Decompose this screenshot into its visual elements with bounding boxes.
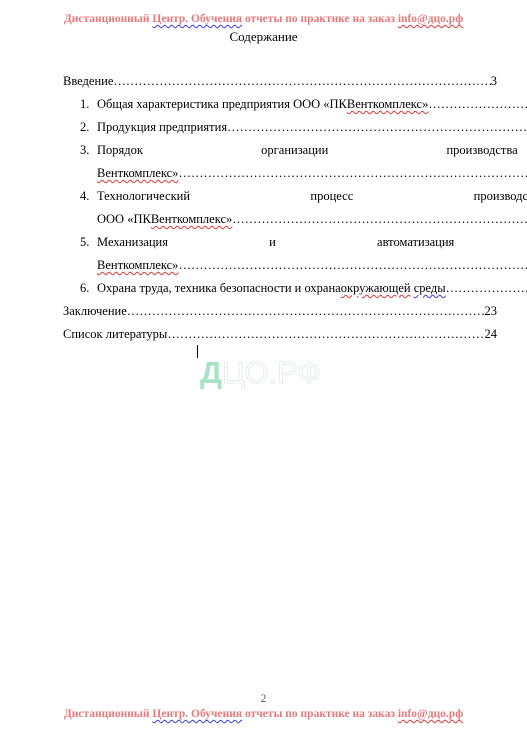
- toc-label: Заключение: [63, 300, 127, 323]
- leader-dots: [167, 323, 484, 346]
- word: организации: [261, 139, 328, 162]
- leader-dots: [178, 254, 527, 277]
- word: Механизация: [97, 231, 168, 254]
- spellcheck-word: Венткомплекс»: [97, 162, 178, 185]
- toc-label: Введение: [63, 70, 113, 93]
- footer-banner: Дистанционный Центр. Обучения отчеты по …: [0, 708, 527, 720]
- toc-entry-3[interactable]: 3. Порядок организации производства пред…: [63, 139, 497, 185]
- banner-email-link[interactable]: info@дцо.рф: [398, 708, 463, 720]
- toc-label: Список литературы: [63, 323, 167, 346]
- word: автоматизация: [377, 231, 454, 254]
- watermark-part-b: ЦО.РФ: [222, 355, 321, 390]
- header-banner: Дистанционный Центр. Обучения отчеты по …: [0, 13, 527, 25]
- leader-dots: [227, 116, 527, 139]
- banner-middle: отчеты по практике на заказ: [242, 708, 398, 720]
- leader-dots: [178, 162, 527, 185]
- watermark-logo: ДЦО.РФ: [200, 356, 321, 390]
- leader-dots: [446, 277, 527, 300]
- leader-dots: [127, 300, 485, 323]
- leader-dots: [232, 208, 527, 231]
- word: Технологический: [97, 185, 190, 208]
- toc-label-line1: Механизация и автоматизация на предприят…: [97, 231, 527, 254]
- toc-label: Продукция предприятия: [97, 116, 227, 139]
- banner-prefix: Дистанционный: [64, 708, 153, 720]
- toc-number: 4.: [80, 185, 97, 231]
- toc-number: 6.: [80, 277, 97, 300]
- toc-entry-5[interactable]: 5. Механизация и автоматизация на предпр…: [63, 231, 497, 277]
- table-of-contents: Введение 3 1. Общая характеристика предп…: [63, 70, 497, 346]
- leader-dots: [113, 70, 490, 93]
- spellcheck-word: среды: [414, 277, 446, 300]
- spellcheck-word: Венткомплекс»: [347, 93, 428, 116]
- text-cursor: [197, 345, 198, 358]
- banner-prefix: Дистанционный: [64, 13, 153, 25]
- toc-entry-intro[interactable]: Введение 3: [63, 70, 497, 93]
- banner-underlined: Центр. Обучения: [152, 708, 242, 720]
- toc-entry-conclusion[interactable]: Заключение 23: [63, 300, 497, 323]
- toc-number: 3.: [80, 139, 97, 185]
- toc-page: 23: [485, 300, 498, 323]
- toc-label-line1: Порядок организации производства предпри…: [97, 139, 527, 162]
- banner-underlined: Центр. Обучения: [152, 13, 242, 25]
- toc-entry-references[interactable]: Список литературы 24: [63, 323, 497, 346]
- toc-number: 1.: [80, 93, 97, 116]
- spellcheck-word: окружающей: [341, 277, 411, 300]
- leader-dots: [428, 93, 527, 116]
- page-number: 2: [0, 693, 527, 705]
- word: процесс: [310, 185, 353, 208]
- toc-title: Содержание: [0, 29, 527, 45]
- word: и: [269, 231, 276, 254]
- word: производства: [446, 139, 517, 162]
- spellcheck-word: Венткомплекс»: [97, 254, 178, 277]
- word: Порядок: [97, 139, 143, 162]
- banner-middle: отчеты по практике на заказ: [242, 13, 398, 25]
- toc-entry-6[interactable]: 6. Охрана труда, техника безопасности и …: [63, 277, 497, 300]
- toc-number: 5.: [80, 231, 97, 277]
- watermark-part-a: Д: [200, 355, 222, 390]
- toc-page: 3: [491, 70, 497, 93]
- word: производства: [474, 185, 527, 208]
- toc-entry-2[interactable]: 2. Продукция предприятия 6: [63, 116, 497, 139]
- toc-label: Общая характеристика предприятия ООО «ПК: [97, 93, 347, 116]
- toc-number: 2.: [80, 116, 97, 139]
- toc-page: 24: [485, 323, 498, 346]
- toc-label: Охрана труда, техника безопасности и охр…: [97, 277, 341, 300]
- toc-label-line1: Технологический процесс производства про…: [97, 185, 527, 208]
- toc-label-line2: ООО «ПК: [97, 208, 151, 231]
- spellcheck-word: Венткомплекс»: [151, 208, 232, 231]
- toc-entry-4[interactable]: 4. Технологический процесс производства …: [63, 185, 497, 231]
- banner-email-link[interactable]: info@дцо.рф: [398, 13, 463, 25]
- toc-entry-1[interactable]: 1. Общая характеристика предприятия ООО …: [63, 93, 497, 116]
